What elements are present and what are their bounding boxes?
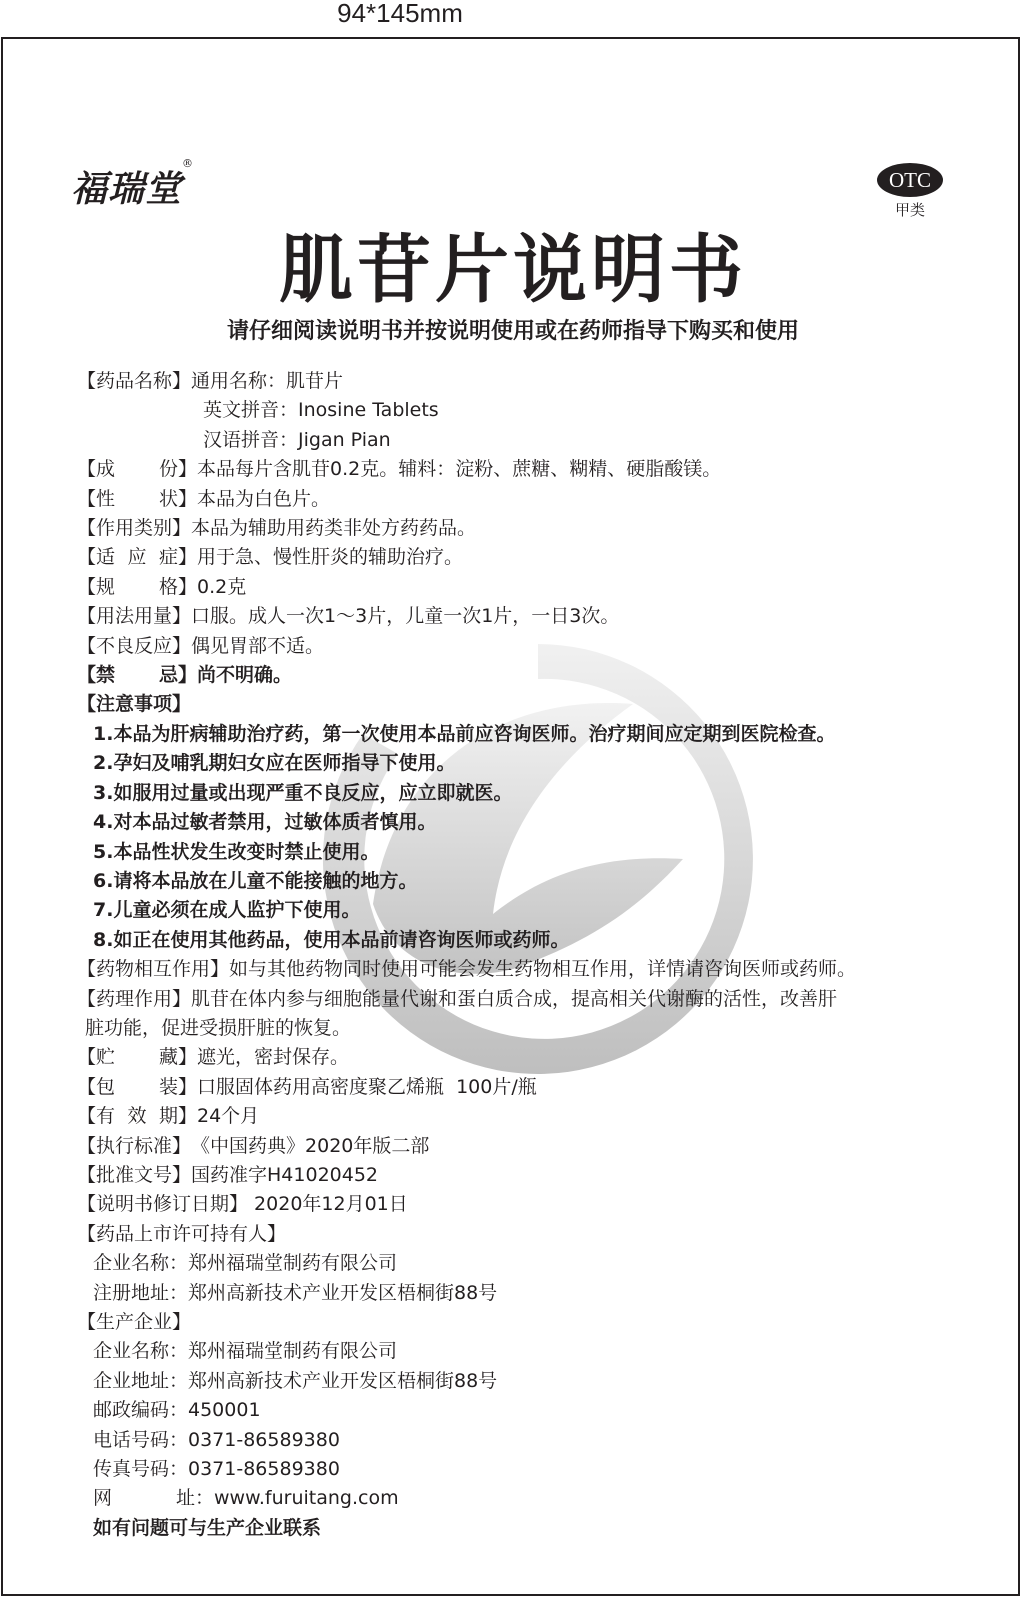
precaution-item: 5.本品性状发生改变时禁止使用。 — [77, 838, 977, 867]
interactions-row: 【药物相互作用】 如与其他药物同时使用可能会发生药物相互作用，详情请咨询医师或药… — [77, 955, 977, 984]
leaflet-frame: 福瑞堂® OTC 甲类 肌苷片说明书 请仔细阅读说明书并按说明使用或在药师指导下… — [1, 37, 1020, 1596]
indications-value: 用于急、慢性肝炎的辅助治疗。 — [197, 543, 463, 572]
specification-value: 0.2克 — [197, 573, 246, 602]
pharmacology-row: 【药理作用】 肌苷在体内参与细胞能量代谢和蛋白质合成，提高相关代谢酶的活性，改善… — [77, 985, 977, 1014]
registered-mark: ® — [182, 157, 194, 170]
revision-value: 2020年12月01日 — [248, 1190, 408, 1219]
revision-row: 【说明书修订日期】 2020年12月01日 — [77, 1190, 977, 1219]
contact-note: 如有问题可与生产企业联系 — [77, 1514, 977, 1543]
section-label: 【生产企业】 — [77, 1308, 191, 1337]
approval-row: 【批准文号】 国药准字H41020452 — [77, 1161, 977, 1190]
contraindications-value: 尚不明确。 — [197, 661, 292, 690]
section-label: 【批准文号】 — [77, 1161, 191, 1190]
holder-name: 企业名称：郑州福瑞堂制药有限公司 — [77, 1249, 977, 1278]
english-name-row: 英文拼音：Inosine Tablets — [77, 396, 977, 425]
pinyin-name: 汉语拼音：Jigan Pian — [203, 426, 391, 455]
storage-row: 【贮藏】 遮光，密封保存。 — [77, 1043, 977, 1072]
standard-value: 《中国药典》2020年版二部 — [191, 1132, 429, 1161]
holder-heading: 【药品上市许可持有人】 — [77, 1220, 977, 1249]
manufacturer-heading: 【生产企业】 — [77, 1308, 977, 1337]
section-label: 【作用类别】 — [77, 514, 191, 543]
section-label: 【注意事项】 — [77, 690, 191, 719]
indications-row: 【适应症】 用于急、慢性肝炎的辅助治疗。 — [77, 543, 977, 572]
precautions-heading: 【注意事项】 — [77, 690, 977, 719]
section-label: 【有效期】 — [77, 1102, 197, 1131]
section-label: 【适应症】 — [77, 543, 197, 572]
precaution-item: 3.如服用过量或出现严重不良反应，应立即就医。 — [77, 779, 977, 808]
otc-badge: OTC — [877, 163, 943, 197]
section-label: 【执行标准】 — [77, 1132, 191, 1161]
section-label: 【药物相互作用】 — [77, 955, 229, 984]
shelf-life-row: 【有效期】 24个月 — [77, 1102, 977, 1131]
dimension-label: 94*145mm — [0, 0, 800, 29]
section-label: 【药品名称】 — [77, 367, 191, 396]
pinyin-name-row: 汉语拼音：Jigan Pian — [77, 426, 977, 455]
category-row: 【作用类别】 本品为辅助用药类非处方药药品。 — [77, 514, 977, 543]
brand-name: 福瑞堂 — [71, 168, 182, 210]
precaution-item: 1.本品为肝病辅助治疗药，第一次使用本品前应咨询医师。治疗期间应定期到医院检查。 — [77, 720, 977, 749]
section-label: 【贮藏】 — [77, 1043, 197, 1072]
approval-value: 国药准字H41020452 — [191, 1161, 378, 1190]
storage-value: 遮光，密封保存。 — [197, 1043, 349, 1072]
section-label: 【用法用量】 — [77, 602, 191, 631]
adverse-value: 偶见胃部不适。 — [191, 632, 324, 661]
precaution-item: 6.请将本品放在儿童不能接触的地方。 — [77, 867, 977, 896]
manufacturer-postcode: 邮政编码：450001 — [77, 1396, 977, 1425]
ingredients-value: 本品每片含肌苷0.2克。辅料：淀粉、蔗糖、糊精、硬脂酸镁。 — [197, 455, 721, 484]
section-label: 【药品上市许可持有人】 — [77, 1220, 286, 1249]
section-label: 【包装】 — [77, 1073, 197, 1102]
precaution-item: 4.对本品过敏者禁用，过敏体质者慎用。 — [77, 808, 977, 837]
category-value: 本品为辅助用药类非处方药药品。 — [191, 514, 476, 543]
manufacturer-phone: 电话号码：0371-86589380 — [77, 1426, 977, 1455]
pharmacology-value-continued: 脏功能，促进受损肝脏的恢复。 — [85, 1014, 351, 1043]
shelf-life-value: 24个月 — [197, 1102, 259, 1131]
manufacturer-website: 网址：www.furuitang.com — [77, 1484, 977, 1513]
document-subtitle: 请仔细阅读说明书并按说明使用或在药师指导下购买和使用 — [3, 314, 1020, 345]
precaution-item: 8.如正在使用其他药品，使用本品前请咨询医师或药师。 — [77, 926, 977, 955]
interactions-value: 如与其他药物同时使用可能会发生药物相互作用，详情请咨询医师或药师。 — [229, 955, 856, 984]
ingredients-row: 【成份】 本品每片含肌苷0.2克。辅料：淀粉、蔗糖、糊精、硬脂酸镁。 — [77, 455, 977, 484]
section-label: 【性状】 — [77, 485, 197, 514]
website-label-left: 网 — [93, 1484, 176, 1513]
manufacturer-fax: 传真号码：0371-86589380 — [77, 1455, 977, 1484]
appearance-row: 【性状】 本品为白色片。 — [77, 485, 977, 514]
leaflet-content: 【药品名称】 通用名称：肌苷片 英文拼音：Inosine Tablets 汉语拼… — [77, 367, 977, 1543]
manufacturer-name: 企业名称：郑州福瑞堂制药有限公司 — [77, 1337, 977, 1366]
section-label: 【说明书修订日期】 — [77, 1190, 248, 1219]
dosage-value: 口服。成人一次1～3片，儿童一次1片，一日3次。 — [191, 602, 619, 631]
section-label: 【规格】 — [77, 573, 197, 602]
pharmacology-value: 肌苷在体内参与细胞能量代谢和蛋白质合成，提高相关代谢酶的活性，改善肝 — [191, 985, 837, 1014]
package-row: 【包装】 口服固体药用高密度聚乙烯瓶 100片/瓶 — [77, 1073, 977, 1102]
precaution-item: 2.孕妇及哺乳期妇女应在医师指导下使用。 — [77, 749, 977, 778]
section-label: 【药理作用】 — [77, 985, 191, 1014]
specification-row: 【规格】 0.2克 — [77, 573, 977, 602]
drug-name-row: 【药品名称】 通用名称：肌苷片 — [77, 367, 977, 396]
precaution-item: 7.儿童必须在成人监护下使用。 — [77, 896, 977, 925]
dosage-row: 【用法用量】 口服。成人一次1～3片，儿童一次1片，一日3次。 — [77, 602, 977, 631]
appearance-value: 本品为白色片。 — [197, 485, 330, 514]
section-label: 【禁忌】 — [77, 661, 197, 690]
standard-row: 【执行标准】 《中国药典》2020年版二部 — [77, 1132, 977, 1161]
contraindications-row: 【禁忌】 尚不明确。 — [77, 661, 977, 690]
english-name: 英文拼音：Inosine Tablets — [203, 396, 439, 425]
adverse-row: 【不良反应】 偶见胃部不适。 — [77, 632, 977, 661]
website-value: 址：www.furuitang.com — [176, 1484, 399, 1513]
section-label: 【成份】 — [77, 455, 197, 484]
manufacturer-address: 企业地址：郑州高新技术产业开发区梧桐街88号 — [77, 1367, 977, 1396]
holder-address: 注册地址：郑州高新技术产业开发区梧桐街88号 — [77, 1279, 977, 1308]
generic-name: 通用名称：肌苷片 — [191, 367, 343, 396]
pharmacology-row-continued: 脏功能，促进受损肝脏的恢复。 — [77, 1014, 977, 1043]
brand-logo: 福瑞堂® — [71, 161, 194, 212]
package-value: 口服固体药用高密度聚乙烯瓶 100片/瓶 — [197, 1073, 537, 1102]
document-title: 肌苷片说明书 — [3, 211, 1020, 317]
section-label: 【不良反应】 — [77, 632, 191, 661]
